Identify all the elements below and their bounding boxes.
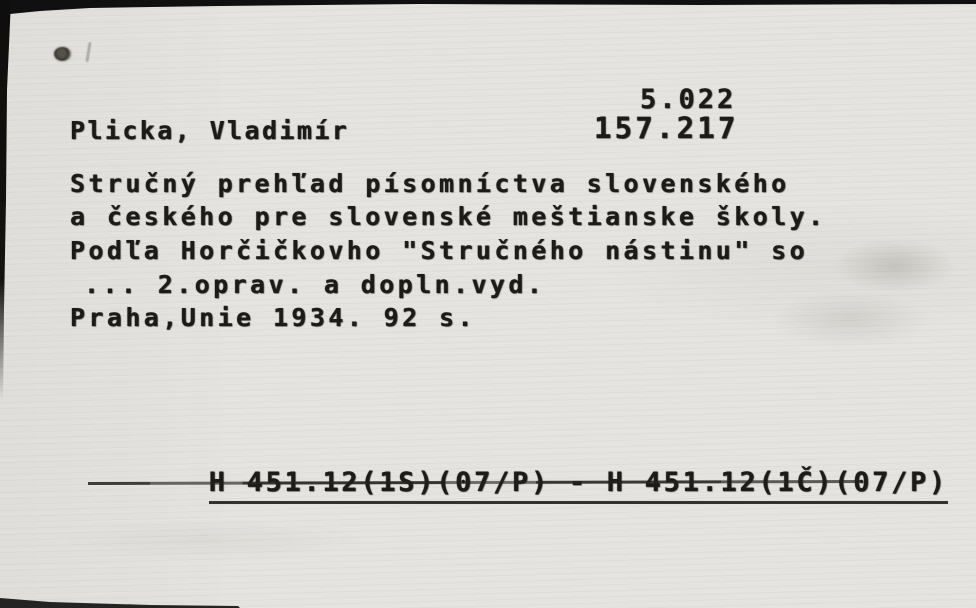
title-line: Podľa Horčičkovho "Stručného nástinu" so [70,236,808,265]
author-heading: Plicka, Vladimír [70,116,349,145]
typewritten-layer: 5.022 157.217 Plicka, Vladimír Stručný p… [0,0,976,608]
title-line: Stručný prehľad písomníctva slovenského [70,169,790,198]
call-number: H 451.12(1S)(07/P) - H 451.12(1Č)(07/P) [209,467,948,504]
catalog-card-scan: 5.022 157.217 Plicka, Vladimír Stručný p… [0,0,976,608]
title-line: a českého pre slovenské meštianske školy… [70,202,827,231]
shelf-number-bottom: 157.217 [594,111,739,145]
imprint-line: Praha,Unie 1934. 92 s. [70,303,476,332]
edition-line: ... 2.oprav. a dopln.vyd. [84,270,545,299]
